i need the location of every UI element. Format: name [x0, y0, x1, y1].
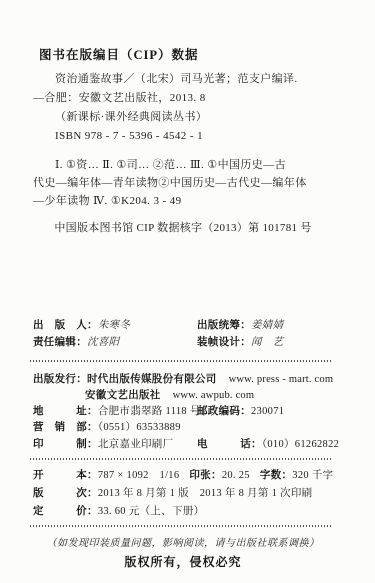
issuer-label: 出版发行： [33, 374, 87, 385]
designer-cell: 装帧设计：闻 艺 [197, 334, 283, 349]
words-label: 字数： [260, 470, 292, 481]
marketing-phone: （0551）63533889 [98, 422, 181, 433]
marketing-label: 营 销 部： [33, 422, 98, 433]
press-url: www. awpub. com [173, 390, 255, 401]
format-label: 开 本： [33, 470, 98, 481]
cip-series-line: （新课标·课外经典阅读丛书） [33, 108, 345, 127]
printer-name: 北京嘉业印刷厂 [98, 439, 174, 450]
copyright-statement: 版权所有，侵权必究 [33, 553, 333, 570]
format-value: 787 × 1092 1/16 [98, 470, 180, 481]
price-row: 定 价：33. 60 元（上、下册） [33, 503, 345, 518]
postcode-label: 邮政编码： [197, 406, 251, 417]
edition-value: 2013 年 8 月第 1 版 2013 年 8 月第 1 次印刷 [98, 488, 313, 499]
phone-value: （010）61262822 [262, 439, 339, 450]
printer-row: 印 制：北京嘉业印刷厂 电 话：（010）61262822 [33, 436, 345, 451]
coordinator-name: 姜婧婧 [251, 319, 283, 331]
designer-label: 装帧设计： [197, 337, 251, 348]
quality-notice: （如发现印装质量问题，影响阅读，请与出版社联系调换） [33, 534, 333, 549]
words-value: 320 千字 [292, 470, 333, 481]
press-row: 安徽文艺出版社www. awpub. com [33, 387, 375, 402]
edition-row: 版 次：2013 年 8 月第 1 版 2013 年 8 月第 1 次印刷 [33, 485, 345, 500]
book-copyright-page: 图书在版编目（CIP）数据 资治通鉴故事／（北宋）司马光著；范支户编译. —合肥… [0, 0, 375, 583]
classification-line: Ⅰ. ①资… Ⅱ. ①司… ②范… Ⅲ. ①中国历史—古 [33, 156, 345, 174]
designer-name: 闻 艺 [251, 336, 283, 348]
address-row: 地 址：合肥市翡翠路 1118 号 邮政编码：230071 [33, 403, 345, 418]
cip-header: 图书在版编目（CIP）数据 [39, 45, 199, 63]
issuer-row: 出版发行：时代出版传媒股份有限公司www. press - mart. com [33, 371, 345, 386]
printer-label: 印 制： [33, 439, 98, 450]
address-label: 地 址： [33, 406, 98, 417]
marketing-row: 营 销 部：（0551）63533889 [33, 419, 345, 434]
address-value: 合肥市翡翠路 1118 号 [98, 406, 201, 417]
postcode-cell: 邮政编码：230071 [197, 403, 284, 418]
isbn-line: ISBN 978 - 7 - 5396 - 4542 - 1 [33, 127, 345, 146]
divider-line [30, 458, 332, 460]
staff-row-publisher: 出 版 人：朱寒冬 出版统筹：姜婧婧 [33, 317, 345, 332]
cip-publisher-line: —合肥：安徽文艺出版社，2013. 8 [33, 89, 345, 108]
cip-classification-block: Ⅰ. ①资… Ⅱ. ①司… ②范… Ⅲ. ①中国历史—古 代史—编年体—青年读物… [33, 156, 345, 210]
cip-title-block: 资治通鉴故事／（北宋）司马光著；范支户编译. —合肥：安徽文艺出版社，2013.… [33, 70, 345, 146]
coordinator-label: 出版统筹： [197, 320, 251, 331]
sheets-label: 印张： [189, 470, 221, 481]
publisher-name: 朱寒冬 [98, 319, 130, 331]
edition-label: 版 次： [33, 488, 98, 499]
sheets-value: 20. 25 [222, 470, 250, 481]
format-row: 开 本：787 × 1092 1/16印张：20. 25字数：320 千字 [33, 467, 345, 482]
postcode-value: 230071 [251, 406, 284, 417]
editor-name: 沈喜阳 [87, 336, 119, 348]
phone-label: 电 话： [197, 439, 262, 450]
coordinator-cell: 出版统筹：姜婧婧 [197, 317, 283, 332]
staff-row-editor: 责任编辑：沈喜阳 装帧设计：闻 艺 [33, 334, 345, 349]
press-name: 安徽文艺出版社 [85, 390, 161, 401]
price-value: 33. 60 元（上、下册） [98, 506, 205, 517]
editor-label: 责任编辑： [33, 337, 87, 348]
publisher-label: 出 版 人： [33, 320, 98, 331]
issuer-url: www. press - mart. com [229, 374, 334, 385]
classification-line: —少年读物 Ⅳ. ①K204. 3 - 49 [33, 192, 345, 210]
divider-line [30, 525, 332, 527]
price-label: 定 价： [33, 506, 98, 517]
issuer-name: 时代出版传媒股份有限公司 [87, 374, 217, 385]
divider-line [30, 360, 332, 362]
cip-title-line: 资治通鉴故事／（北宋）司马光著；范支户编译. [33, 70, 345, 89]
cip-registry-number: 中国版本图书馆 CIP 数据核字（2013）第 101781 号 [33, 219, 333, 235]
phone-cell: 电 话：（010）61262822 [197, 436, 339, 451]
classification-line: 代史—编年体—青年读物②中国历史—古代史—编年体 [33, 174, 345, 192]
